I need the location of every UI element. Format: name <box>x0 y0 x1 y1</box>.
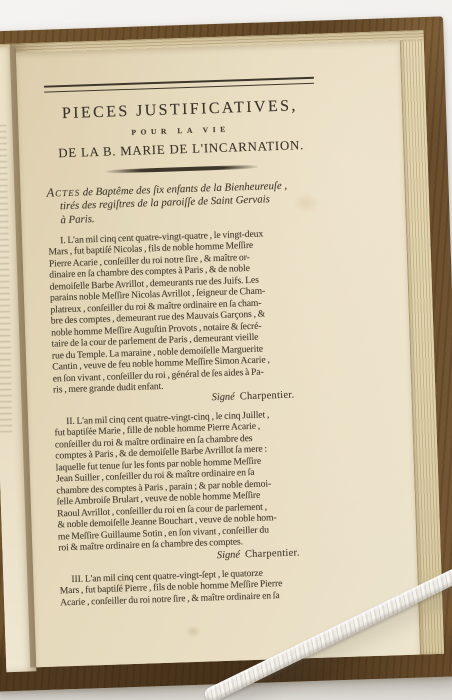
baptism-entry-1: I. L'an mil cinq cent quatre-vingt-quatr… <box>48 227 325 397</box>
signature-name: Charpentier. <box>240 390 295 403</box>
section-heading: Actes de Baptême des ſix enfants de la B… <box>46 177 319 228</box>
signature-label: Signé <box>211 392 234 404</box>
divider-rule <box>106 165 258 174</box>
baptism-entry-2: II. L'an mil cinq cent quatre-vingt-cinq… <box>54 408 330 555</box>
book: PIECES JUSTIFICATIVES, POUR LA VIE DE LA… <box>0 16 452 691</box>
page-subtitle: POUR LA VIE <box>44 122 316 140</box>
page-title-line2: DE LA B. MARIE DE L'INCARNATION. <box>45 138 317 162</box>
facing-page-blurred-text <box>0 125 12 435</box>
photo-backdrop: PIECES JUSTIFICATIVES, POUR LA VIE DE LA… <box>0 0 452 700</box>
signature-name: Charpentier. <box>245 547 300 560</box>
foxing-spot <box>185 625 201 639</box>
page-title: PIECES JUSTIFICATIVES, <box>44 97 316 124</box>
text-block: PIECES JUSTIFICATIVES, POUR LA VIE DE LA… <box>43 77 332 609</box>
section-heading-lead: Actes <box>46 184 80 199</box>
signature-label: Signé <box>217 549 240 561</box>
